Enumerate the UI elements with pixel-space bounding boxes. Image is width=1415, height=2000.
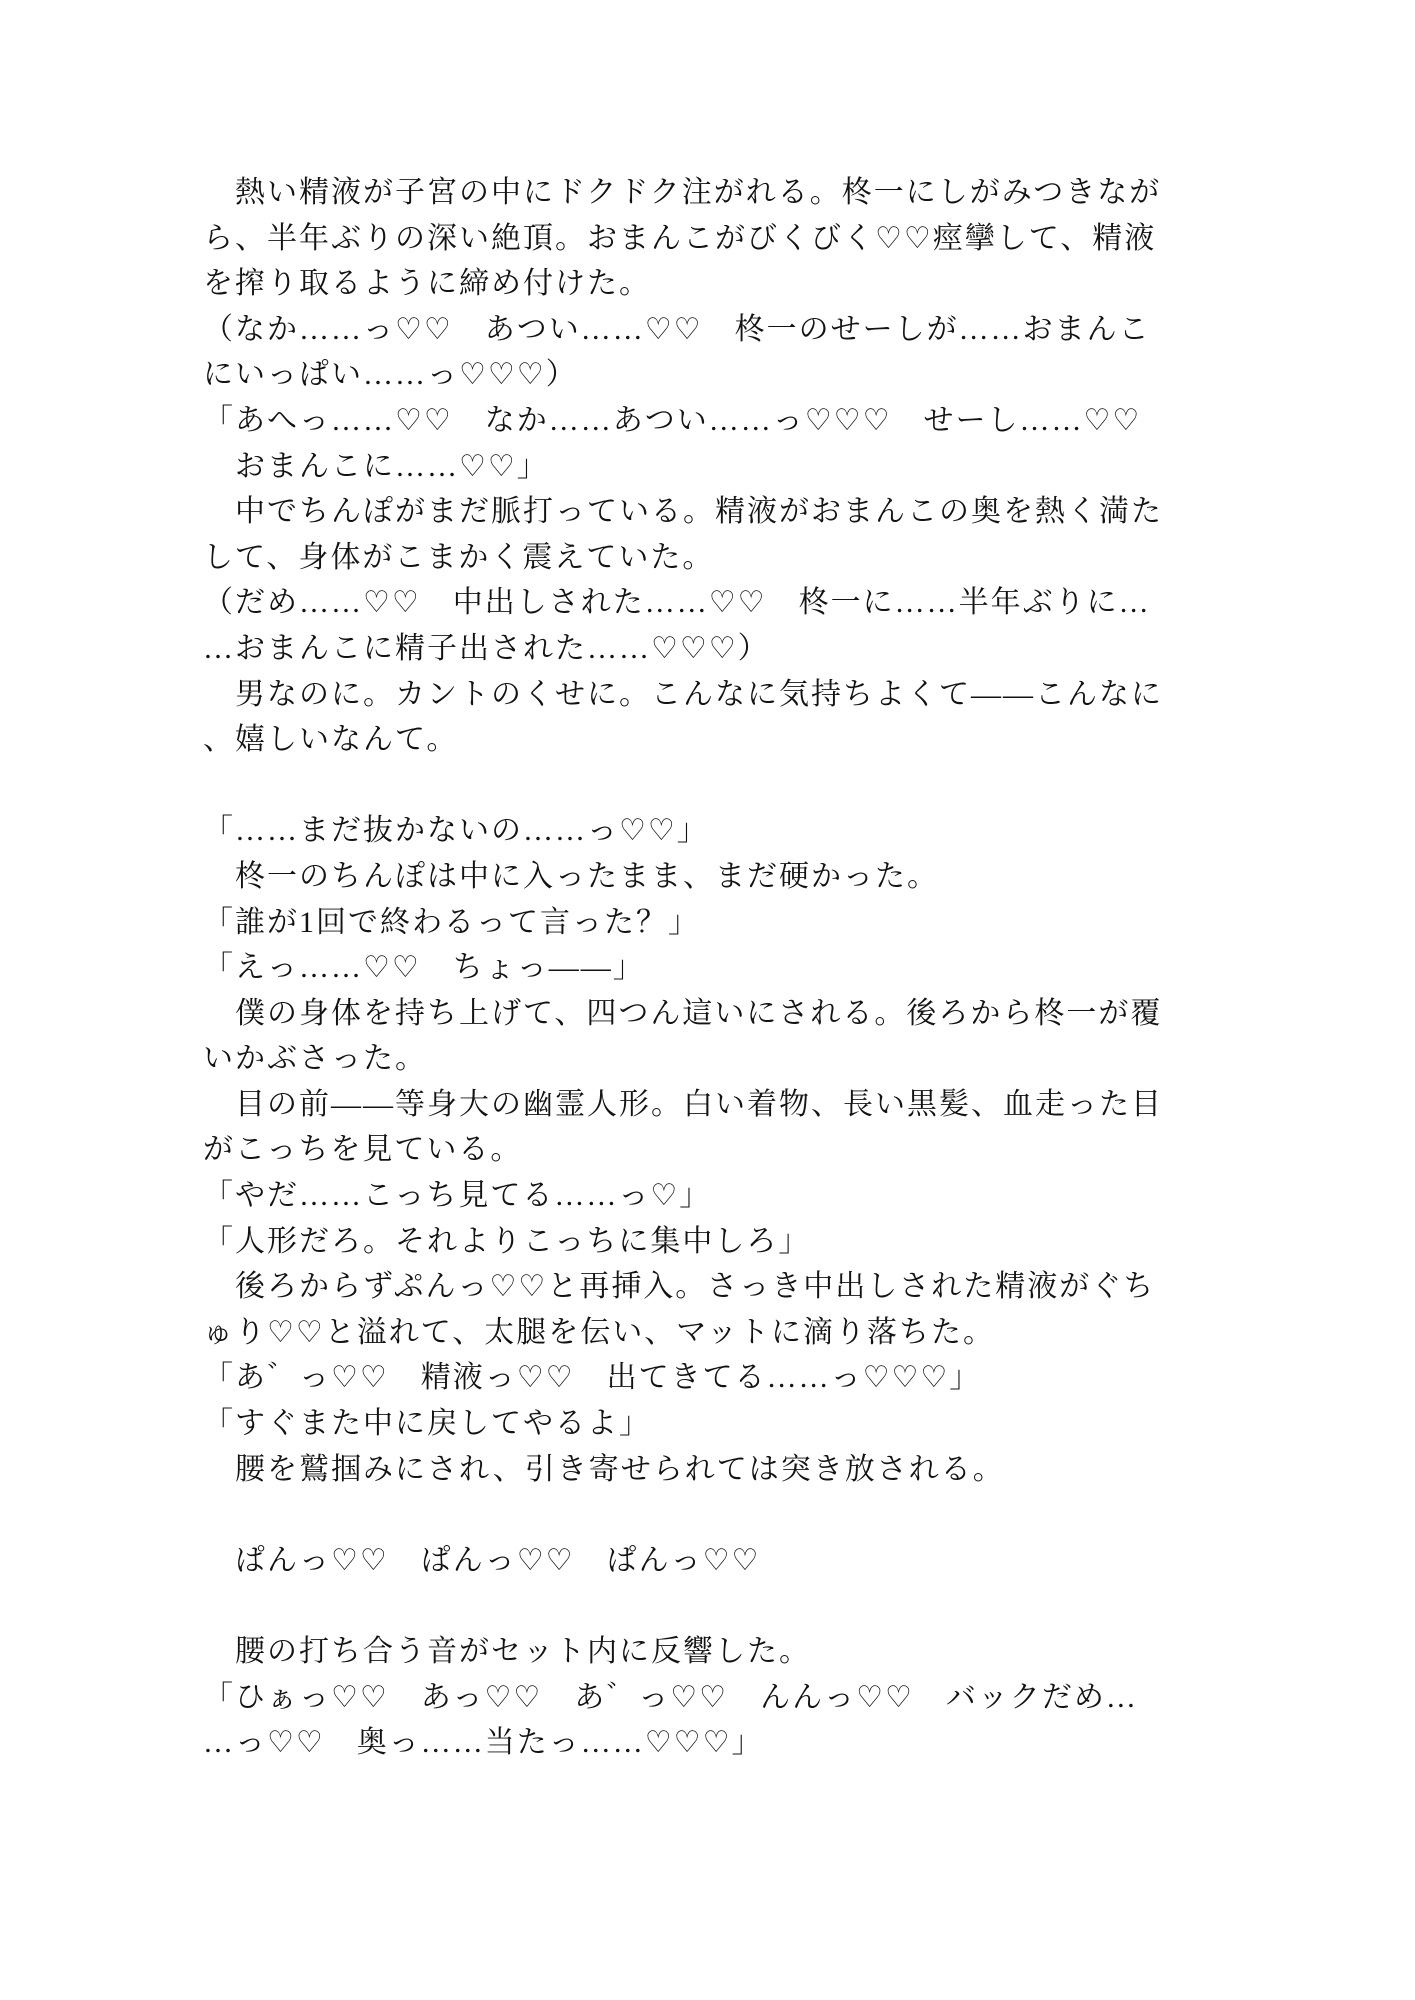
text-line: …っ♡♡ 奥っ……当たっ……♡♡♡」 [203,1720,1415,1766]
document-text: 熱い精液が子宮の中にドクドク注がれる。柊一にしがみつきながら、半年ぶりの深い絶頂… [203,170,1415,1766]
document-page: 熱い精液が子宮の中にドクドク注がれる。柊一にしがみつきながら、半年ぶりの深い絶頂… [0,0,1415,2000]
text-line: 「すぐまた中に戻してやるよ」 [203,1401,1415,1447]
text-line: ゅり♡♡と溢れて、太腿を伝い、マットに滴り落ちた。 [203,1310,1415,1356]
text-line: 柊一のちんぽは中に入ったまま、まだ硬かった。 [203,854,1415,900]
blank-line [203,1492,1415,1538]
text-line: して、身体がこまかく震えていた。 [203,535,1415,581]
text-line: にいっぱい……っ♡♡♡） [203,352,1415,398]
text-line: 中でちんぽがまだ脈打っている。精液がおまんこの奥を熱く満た [203,489,1415,535]
text-line: …おまんこに精子出された……♡♡♡） [203,626,1415,672]
text-line: 「ひぁっ♡♡ あっ♡♡ あ゛っ♡♡ んんっ♡♡ バックだめ… [203,1675,1415,1721]
text-line: 僕の身体を持ち上げて、四つん這いにされる。後ろから柊一が覆 [203,991,1415,1037]
text-line: 目の前――等身大の幽霊人形。白い着物、長い黒髪、血走った目 [203,1082,1415,1128]
text-line: 「……まだ抜かないの……っ♡♡」 [203,808,1415,854]
text-line: 熱い精液が子宮の中にドクドク注がれる。柊一にしがみつきなが [203,170,1415,216]
text-line: 、嬉しいなんて。 [203,717,1415,763]
text-line: 「やだ……こっち見てる……っ♡」 [203,1173,1415,1219]
text-line: おまんこに……♡♡」 [203,444,1415,490]
text-line: 「えっ……♡♡ ちょっ――」 [203,945,1415,991]
text-line: 腰の打ち合う音がセット内に反響した。 [203,1629,1415,1675]
text-line: を搾り取るように締め付けた。 [203,261,1415,307]
text-line: 腰を鷲掴みにされ、引き寄せられては突き放される。 [203,1447,1415,1493]
text-line: 「人形だろ。それよりこっちに集中しろ」 [203,1219,1415,1265]
text-line: 男なのに。カントのくせに。こんなに気持ちよくて――こんなに [203,672,1415,718]
text-line: （だめ……♡♡ 中出しされた……♡♡ 柊一に……半年ぶりに… [203,580,1415,626]
text-line: 「あへっ……♡♡ なか……あつい……っ♡♡♡ せーし……♡♡ [203,398,1415,444]
text-line: ら、半年ぶりの深い絶頂。おまんこがびくびく♡♡痙攣して、精液 [203,216,1415,262]
text-line: 「誰が1回で終わるって言った？」 [203,900,1415,946]
text-line: いかぶさった。 [203,1036,1415,1082]
blank-line [203,1583,1415,1629]
text-line: （なか……っ♡♡ あつい……♡♡ 柊一のせーしが……おまんこ [203,307,1415,353]
blank-line [203,763,1415,809]
text-line: 「あ゛っ♡♡ 精液っ♡♡ 出てきてる……っ♡♡♡」 [203,1355,1415,1401]
text-line: 後ろからずぷんっ♡♡と再挿入。さっき中出しされた精液がぐち [203,1264,1415,1310]
text-line: ぱんっ♡♡ ぱんっ♡♡ ぱんっ♡♡ [203,1538,1415,1584]
text-line: がこっちを見ている。 [203,1127,1415,1173]
